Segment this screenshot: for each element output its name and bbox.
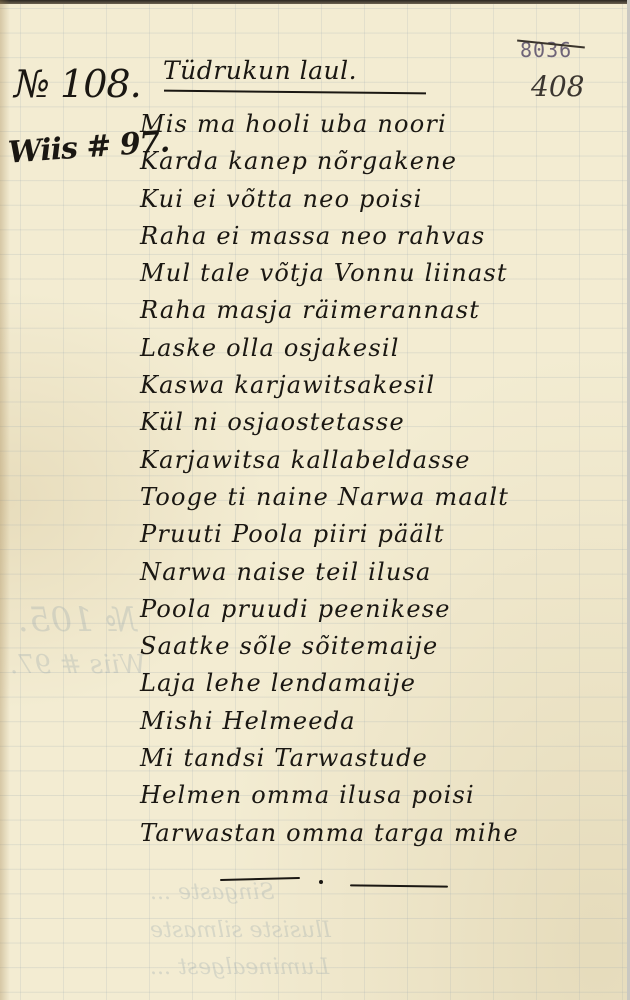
manuscript-page: № 105. Wiis # 97. Singaste ... Ilusiste …	[0, 0, 630, 1000]
item-number: № 108.	[14, 62, 141, 106]
bleed-through-line: Singaste ...	[150, 880, 275, 905]
verse-line: Mul tale võtja Vonnu liinast	[140, 255, 620, 292]
verse-line: Tarwastan omma targa mihe	[140, 815, 620, 852]
bleed-through-revision: Wiis # 97.	[10, 650, 146, 680]
verse-line: Saatke sõle sõitemaije	[140, 628, 620, 665]
bleed-through-line: Ilusiste silmaste	[150, 918, 331, 943]
verse-line: Kül ni osjaostetasse	[140, 404, 620, 441]
verse-line: Karda kanep nõrgakene	[140, 143, 620, 180]
bleed-through-line: Luminealgest ...	[150, 955, 329, 980]
verse-line: Raha ei massa neo rahvas	[140, 218, 620, 255]
verse-line: Tooge ti naine Narwa maalt	[140, 479, 620, 516]
end-mark-dash-right	[350, 884, 448, 887]
verse-line: Laske olla osjakesil	[140, 330, 620, 367]
verse-line: Kui ei võtta neo poisi	[140, 181, 620, 218]
verse-line: Pruuti Poola piiri päält	[140, 516, 620, 553]
song-verse: Mis ma hooli uba noori Karda kanep nõrga…	[140, 106, 620, 852]
verse-line: Laja lehe lendamaije	[140, 665, 620, 702]
verse-line: Poola pruudi peenikese	[140, 591, 620, 628]
archive-number: 408	[531, 70, 584, 103]
verse-line: Raha masja räimerannast	[140, 292, 620, 329]
bleed-through-number: № 105.	[18, 600, 137, 640]
page-top-edge	[0, 0, 630, 4]
verse-line: Narwa naise teil ilusa	[140, 554, 620, 591]
end-mark-dot	[319, 880, 323, 884]
verse-line: Mishi Helmeeda	[140, 703, 620, 740]
verse-line: Kaswa karjawitsakesil	[140, 367, 620, 404]
verse-line: Mis ma hooli uba noori	[140, 106, 620, 143]
verse-line: Karjawitsa kallabeldasse	[140, 442, 620, 479]
verse-line: Helmen omma ilusa poisi	[140, 777, 620, 814]
song-title: Tüdrukun laul.	[163, 56, 357, 85]
title-underline	[164, 90, 426, 95]
verse-line: Mi tandsi Tarwastude	[140, 740, 620, 777]
